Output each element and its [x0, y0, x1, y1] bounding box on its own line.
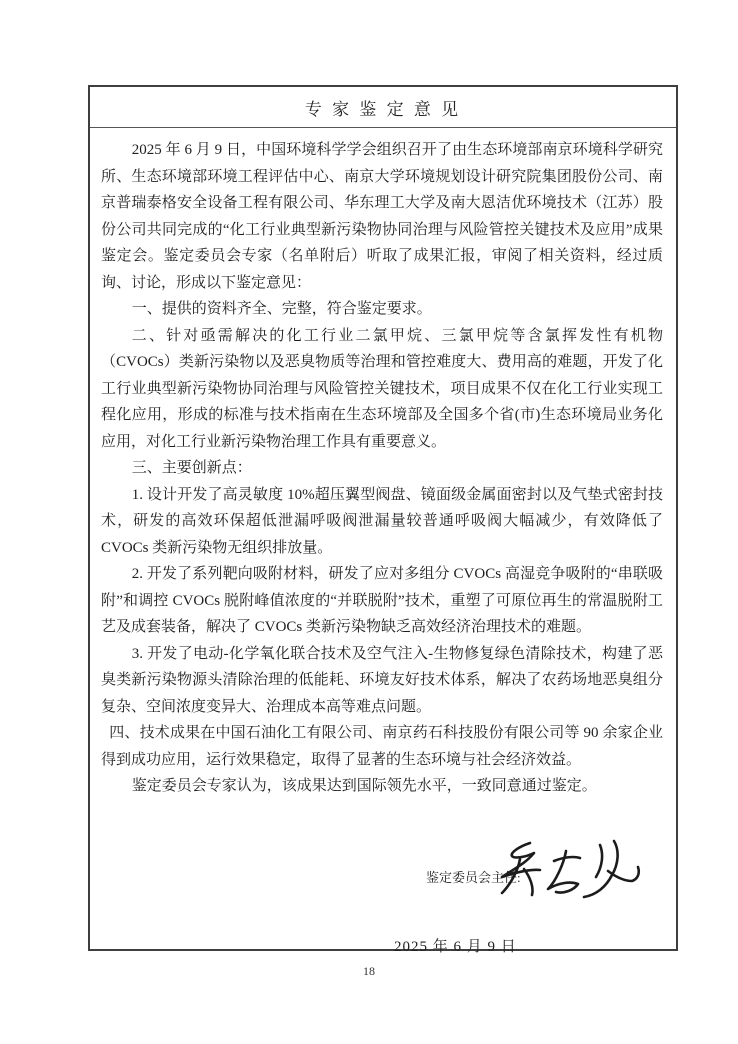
- date-line: 2025 年 6 月 9 日: [394, 935, 517, 956]
- paragraph-innovation-2: 2. 开发了系列靶向吸附材料，研发了应对多组分 CVOCs 高湿竞争吸附的“串联…: [101, 561, 663, 641]
- paragraph-conclusion: 鉴定委员会专家认为，该成果达到国际领先水平，一致同意通过鉴定。: [101, 773, 663, 800]
- paragraph-point-1: 一、提供的资料齐全、完整，符合鉴定要求。: [101, 296, 663, 323]
- body-text: 2025 年 6 月 9 日，中国环境科学学会组织召开了由生态环境部南京环境科学…: [90, 128, 676, 800]
- page-number: 18: [0, 964, 738, 979]
- title-row: 专 家 鉴 定 意 见: [90, 87, 676, 128]
- paragraph-point-2: 二、针对亟需解决的化工行业二氯甲烷、三氯甲烷等含氯挥发性有机物（CVOCs）类新…: [101, 323, 663, 456]
- paragraph-innovation-1: 1. 设计开发了高灵敏度 10%超压翼型阀盘、镜面级金属面密封以及气垫式密封技术…: [101, 482, 663, 562]
- paragraph-innovation-3: 3. 开发了电动-化学氧化联合技术及空气注入-生物修复绿色清除技术，构建了恶臭类…: [101, 641, 663, 721]
- signature-scribble-icon: [496, 837, 646, 899]
- page-title: 专 家 鉴 定 意 见: [305, 95, 461, 120]
- paragraph-point-4: 四、技术成果在中国石油化工有限公司、南京药石科技股份有限公司等 90 余家企业得…: [101, 720, 663, 773]
- paragraph-point-3-head: 三、主要创新点：: [101, 455, 663, 482]
- appraisal-opinion-box: 专 家 鉴 定 意 见 2025 年 6 月 9 日，中国环境科学学会组织召开了…: [88, 85, 678, 951]
- document-page: 专 家 鉴 定 意 见 2025 年 6 月 9 日，中国环境科学学会组织召开了…: [0, 0, 738, 1044]
- paragraph-intro: 2025 年 6 月 9 日，中国环境科学学会组织召开了由生态环境部南京环境科学…: [101, 137, 663, 296]
